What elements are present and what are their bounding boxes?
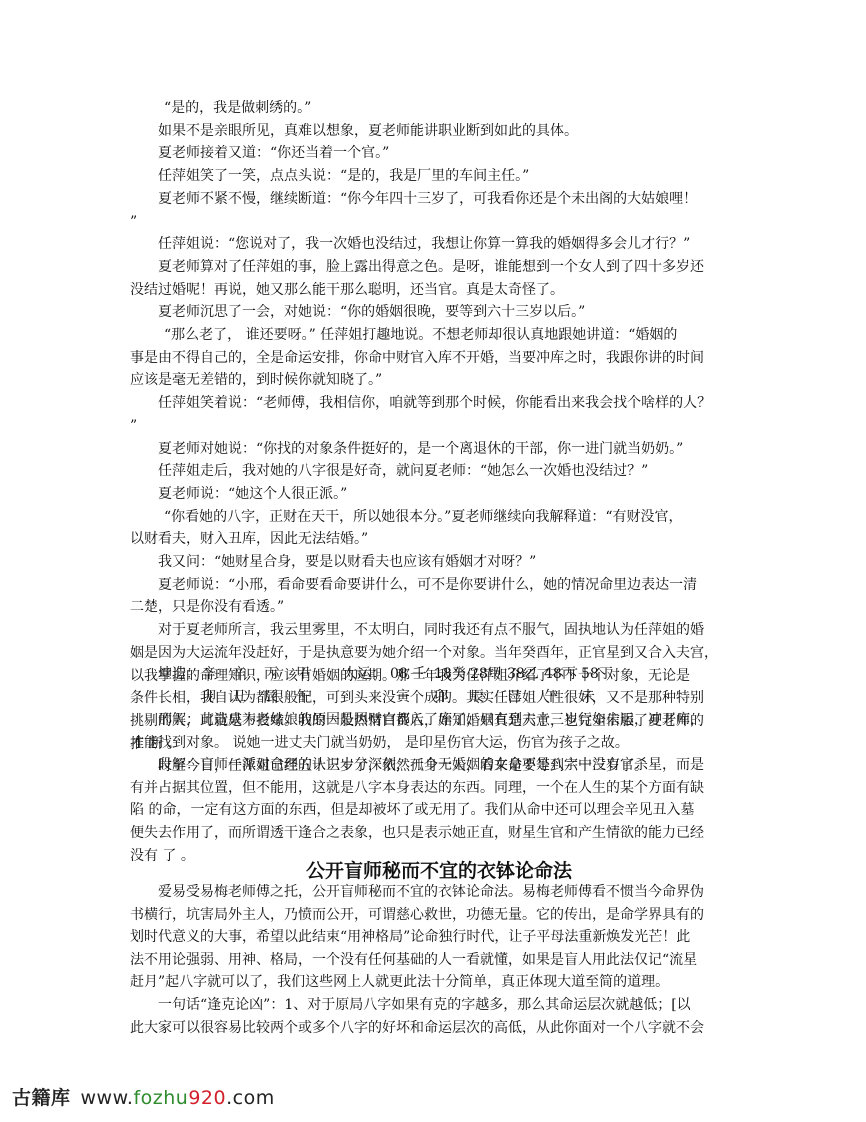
- branch-hour: 午: [296, 687, 310, 707]
- text-line: 陷 的命，一定有这方面的东西，但是却被坏了或无用了。我们从命中还可以理会辛见丑入…: [130, 800, 694, 820]
- dayun-3: 28甲: [470, 664, 502, 684]
- dayun-6: 58丁: [581, 664, 613, 684]
- text-line: 段解：盲师一派对命理的认识十分深刻，一个无婚姻的女命不是八字中没有官杀星，而是: [158, 755, 704, 775]
- branch-year: 卯: [202, 687, 216, 707]
- text-line: 夏老师说：“小邢，看命要看命要讲什么，可不是你要讲什么，她的情况命里边表达一清: [158, 575, 697, 595]
- footer-watermark: 古籍库www.fozhu920.com: [12, 1083, 275, 1110]
- url-prefix: www.: [81, 1087, 134, 1109]
- text-line: 爱易受易梅老师傅之托，公开盲师秘而不宜的衣钵论命法。易梅老师傅看不惯当今命界伪: [158, 882, 704, 902]
- text-line: 对于夏老师所言，我云里雾里，不太明白，同时我还有点不服气，固执地认为任萍姐的婚: [158, 620, 704, 640]
- text-line: 事是由不得自己的，全是命运安排，你命中财官入库不开婚，当要冲库之时，我跟你讲的时…: [130, 348, 704, 368]
- text-line: 法不用论强弱、用神、格局，一个没有任何基础的人一看就懂，如果是盲人用此法仅记“流…: [130, 950, 697, 970]
- dayun-2: 18癸: [434, 664, 466, 684]
- dayun-1: 08 壬: [390, 664, 426, 684]
- kunzao-label: 坤造：: [158, 664, 200, 684]
- stem-year: 辛: [202, 664, 216, 684]
- text-line: ”: [130, 416, 137, 436]
- text-line: ”: [130, 212, 137, 232]
- text-line: 夏老师沉思了一会，对她说：“你的婚姻很晚，要等到六十三岁以后。”: [158, 302, 585, 322]
- text-line: 应该是毫无差错的，到时候你就知晓了。”: [130, 370, 382, 390]
- text-line: 才能找到对象。 说她一进丈夫门就当奶奶， 是印星伤官大运，伤官为孩子之故。: [130, 733, 629, 753]
- text-line: 赶月”起八字就可以了，我们这些网上人就更此法十分简单，真正体现大道至简的道理。: [130, 972, 669, 992]
- text-line: 划时代意义的大事，希望以此结束“用神格局”论命独行时代，让子平母法重新焕发光芒！…: [130, 927, 690, 947]
- text-line: 夏老师算对了任萍姐的事，脸上露出得意之色。是呀，谁能想到一个女人到了四十多岁还: [158, 257, 704, 277]
- dayun-branch-5: 午: [544, 687, 558, 707]
- text-line: 便失去作用了，而所谓透干逢合之表象，也只是表示她正直，财星生官和产生情欲的能力已…: [130, 823, 704, 843]
- text-line: 夏老师说：“她这个人很正派。”: [158, 484, 347, 504]
- dayun-branch-6: 未: [581, 687, 595, 707]
- text-line: 我又问：“她财星合身，要是以财看夫也应该有婚姻才对呀？”: [158, 552, 536, 572]
- branch-month: 丑: [232, 687, 246, 707]
- dayun-4: 38乙: [507, 664, 539, 684]
- dayun-5: 48丙: [544, 664, 576, 684]
- text-line: 夏老师不紧不慢，继续断道：“你今年四十三岁了，可我看你还是个未出阁的大姑娘哩！: [158, 189, 697, 209]
- dayun-branch-4: 巳: [507, 687, 521, 707]
- text-line: 二楚，只是你没有看透。”: [130, 597, 284, 617]
- text-line: 如果不是亲眼所见，真难以想象，夏老师能讲职业断到如此的具体。: [158, 121, 578, 141]
- text-line: “是的，我是做刺绣的。”: [164, 98, 311, 118]
- section-title: 公开盲师秘而不宜的衣钵论命法: [130, 856, 748, 883]
- text-line: 邢解：此造成为老姑娘的原因是因财官都入了库了，只有到六十三岁行如未运，冲开库，: [158, 710, 704, 730]
- url-green-part: fozhu: [133, 1087, 188, 1109]
- text-line: 以财看夫，财入丑库，因此无法结婚。”: [130, 529, 368, 549]
- dayun-branch-2: 卯: [434, 687, 448, 707]
- dayun-branch-1: 寅: [396, 687, 410, 707]
- text-line: “那么老了， 谁还要呀。” 任萍姐打趣地说。不想老师却很认真地跟她讲道：“婚姻的: [164, 325, 677, 345]
- site-name: 古籍库: [12, 1087, 71, 1109]
- url-suffix: .com: [226, 1087, 275, 1109]
- text-line: 书横行，坑害局外主人，乃愤而公开，可谓慈心救世，功德无量。它的传出，是命学界具有…: [130, 905, 704, 925]
- text-line: 一句话“逢克论凶”：1、对于原局八字如果有克的字越多，那么其命运层次就越低；[以: [158, 995, 691, 1015]
- dayun-branch-3: 辰: [470, 687, 484, 707]
- branch-day: 辰: [264, 687, 278, 707]
- text-line: 夏老师接着又道：“你还当着一个官。”: [158, 143, 389, 163]
- text-line: 任萍姐说：“您说对了，我一次婚也没结过，我想让你算一算我的婚姻得多会儿才行？”: [158, 234, 690, 254]
- url-red-part: 920: [188, 1087, 226, 1109]
- dayun-label: 大运：: [343, 664, 385, 684]
- text-line: 任萍姐笑了一笑，点点头说：“是的，我是厂里的车间主任。”: [158, 166, 529, 186]
- text-line: 条件长相，我自认为都很般配，可到头来没一个成的。其实任萍姐人性很好，又不是那种特…: [130, 688, 704, 708]
- stem-day: 丙: [264, 664, 278, 684]
- text-line: 夏老师对她说：“你找的对象条件挺好的，是一个离退休的干部，你一进门就当奶奶。”: [158, 439, 683, 459]
- text-line: “你看她的八字，正财在天干，所以她很本分。”夏老师继续向我解释道：“有财没官，: [164, 507, 682, 527]
- text-line: 姻是因为大运流年没赶好，于是执意要为她介绍一个对象。当年癸酉年，正官星到又合入夫…: [130, 643, 718, 663]
- text-line: 有并占据其位置，但不能用，这就是八字本身表达的东西。同理，一个在人生的某个方面有…: [130, 778, 704, 798]
- text-line: 任萍姐走后，我对她的八字很是好奇，就问夏老师：“她怎么一次婚也没结过？”: [158, 461, 648, 481]
- stem-hour: 甲: [296, 664, 310, 684]
- text-line: 没结过婚呢！再说，她又那么能干那么聪明，还当官。真是太奇怪了。: [130, 280, 564, 300]
- text-line: 此大家可以很容易比较两个或多个八字的好坏和命运层次的高低，从此你面对一个八字就不…: [130, 1018, 704, 1038]
- text-line: 任萍姐笑着说：“老师傅，我相信你，咱就等到那个时候，你能看出来我会找个啥样的人？: [158, 393, 711, 413]
- stem-month: 辛: [232, 664, 246, 684]
